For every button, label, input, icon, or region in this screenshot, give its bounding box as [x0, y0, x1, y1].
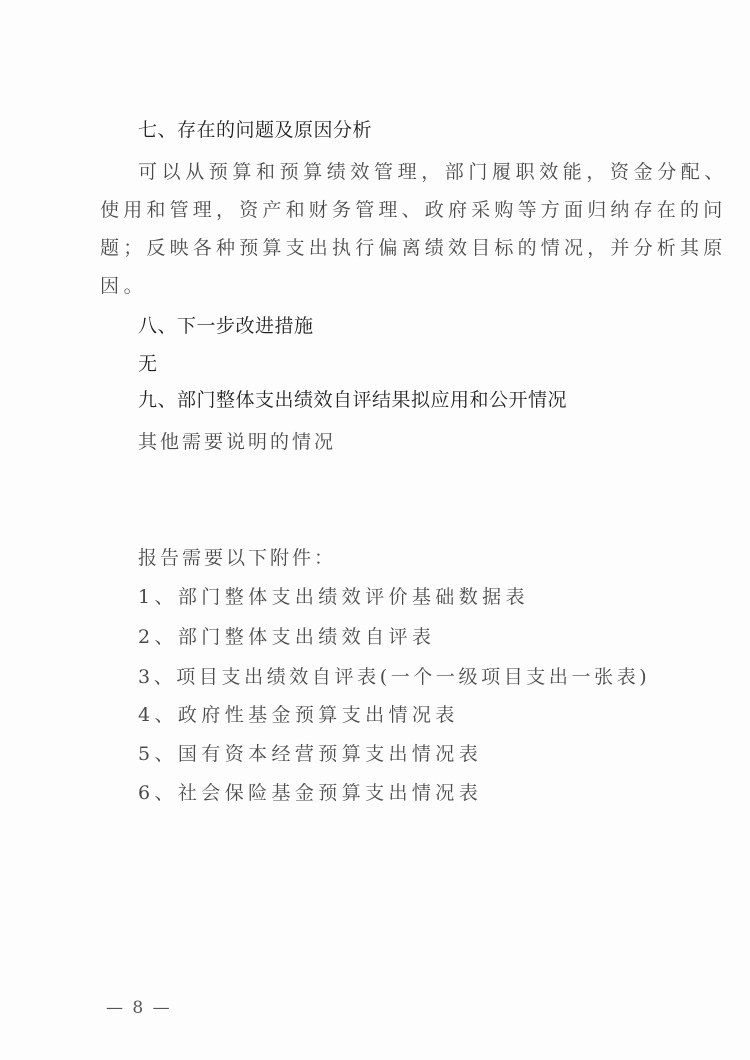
- section-heading-improvements: 八、下一步改进措施: [138, 314, 314, 338]
- attachments-intro: 报告需要以下附件：: [138, 546, 336, 570]
- section-content-other: 其他需要说明的情况: [138, 430, 336, 454]
- section-content-none: 无: [138, 352, 157, 376]
- attachment-item: 4、政府性基金预算支出情况表: [138, 703, 459, 727]
- section-heading-application: 九、部门整体支出绩效自评结果拟应用和公开情况: [138, 388, 567, 412]
- attachment-item: 1、部门整体支出绩效评价基础数据表: [138, 585, 529, 609]
- paragraph-line: 题；反映各种预算支出执行偏离绩效目标的情况，并分析其原: [100, 236, 726, 260]
- paragraph-line: 因。: [100, 274, 147, 298]
- section-heading-problems: 七、存在的问题及原因分析: [138, 118, 372, 142]
- page-number: — 8 —: [106, 998, 172, 1018]
- attachment-item: 2、部门整体支出绩效自评表: [138, 625, 435, 649]
- paragraph-line: 使用和管理，资产和财务管理、政府采购等方面归纳存在的问: [100, 198, 726, 222]
- attachment-item: 6、社会保险基金预算支出情况表: [138, 781, 482, 805]
- document-page: 七、存在的问题及原因分析 可以从预算和预算绩效管理，部门履职效能，资金分配、 使…: [0, 0, 750, 1060]
- attachment-item: 5、国有资本经营预算支出情况表: [138, 742, 482, 766]
- attachment-item: 3、项目支出绩效自评表(一个一级项目支出一张表): [138, 665, 650, 689]
- paragraph-line: 可以从预算和预算绩效管理，部门履职效能，资金分配、: [138, 160, 728, 184]
